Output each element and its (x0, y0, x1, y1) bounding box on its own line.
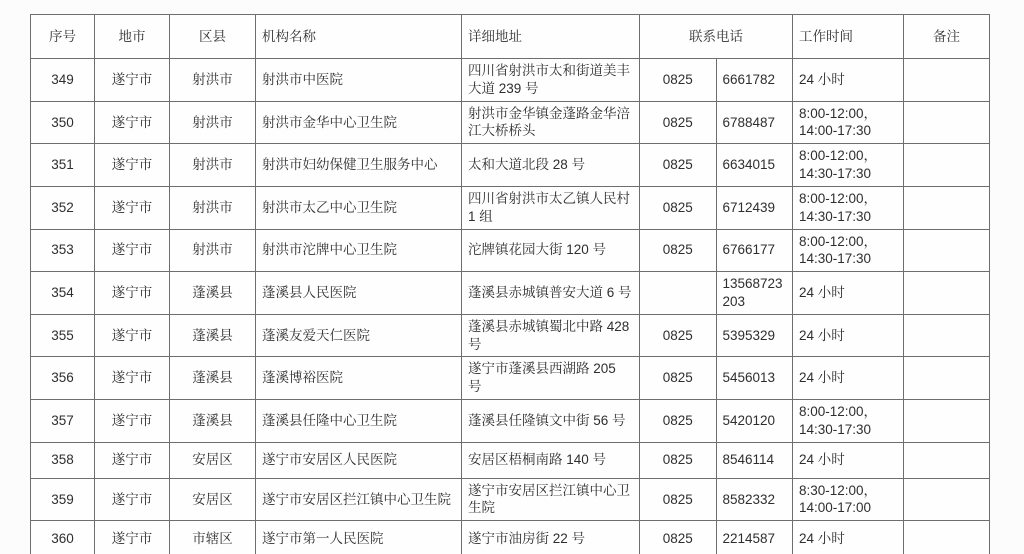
cell-note (904, 272, 990, 315)
cell-note (904, 186, 990, 229)
cell-city: 遂宁市 (95, 478, 170, 521)
cell-area-code: 0825 (640, 357, 717, 400)
cell-area-code: 0825 (640, 229, 717, 272)
cell-note (904, 314, 990, 357)
cell-serial: 359 (31, 478, 95, 521)
table-row: 357遂宁市蓬溪县蓬溪县任隆中心卫生院蓬溪县任隆镇文中街 56 号0825542… (31, 400, 990, 443)
header-org: 机构名称 (256, 15, 462, 59)
table-row: 356遂宁市蓬溪县蓬溪博裕医院遂宁市蓬溪县西湖路 205 号0825545601… (31, 357, 990, 400)
cell-note (904, 521, 990, 554)
cell-phone: 13568723203 (716, 272, 793, 315)
cell-area-code: 0825 (640, 314, 717, 357)
cell-hours: 8:00-12:00，14:30-17:30 (793, 186, 904, 229)
cell-city: 遂宁市 (95, 357, 170, 400)
header-note: 备注 (904, 15, 990, 59)
cell-district: 射洪市 (170, 186, 256, 229)
cell-district: 蓬溪县 (170, 357, 256, 400)
cell-org: 射洪市金华中心卫生院 (256, 101, 462, 144)
cell-phone: 6766177 (716, 229, 793, 272)
table-row: 359遂宁市安居区遂宁市安居区拦江镇中心卫生院遂宁市安居区拦江镇中心卫生院082… (31, 478, 990, 521)
cell-city: 遂宁市 (95, 101, 170, 144)
cell-phone: 6788487 (716, 101, 793, 144)
cell-address: 蓬溪县赤城镇蜀北中路 428 号 (462, 314, 640, 357)
cell-phone: 8582332 (716, 478, 793, 521)
cell-note (904, 144, 990, 187)
cell-serial: 355 (31, 314, 95, 357)
header-hours: 工作时间 (793, 15, 904, 59)
cell-district: 蓬溪县 (170, 272, 256, 315)
document-page: 序号 地市 区县 机构名称 详细地址 联系电话 工作时间 备注 349遂宁市射洪… (0, 0, 1024, 554)
cell-hours: 24 小时 (793, 314, 904, 357)
cell-serial: 351 (31, 144, 95, 187)
cell-serial: 352 (31, 186, 95, 229)
cell-city: 遂宁市 (95, 59, 170, 102)
cell-serial: 353 (31, 229, 95, 272)
hospital-table: 序号 地市 区县 机构名称 详细地址 联系电话 工作时间 备注 349遂宁市射洪… (30, 14, 990, 554)
cell-hours: 8:00-12:00，14:30-17:30 (793, 400, 904, 443)
cell-phone: 6634015 (716, 144, 793, 187)
cell-district: 安居区 (170, 478, 256, 521)
cell-note (904, 101, 990, 144)
cell-area-code: 0825 (640, 59, 717, 102)
cell-city: 遂宁市 (95, 186, 170, 229)
cell-serial: 358 (31, 442, 95, 478)
cell-address: 四川省射洪市太乙镇人民村 1 组 (462, 186, 640, 229)
header-city: 地市 (95, 15, 170, 59)
cell-district: 射洪市 (170, 59, 256, 102)
cell-city: 遂宁市 (95, 144, 170, 187)
cell-org: 蓬溪县任隆中心卫生院 (256, 400, 462, 443)
cell-area-code (640, 272, 717, 315)
cell-hours: 24 小时 (793, 442, 904, 478)
cell-serial: 356 (31, 357, 95, 400)
cell-hours: 24 小时 (793, 521, 904, 554)
header-district: 区县 (170, 15, 256, 59)
cell-org: 遂宁市第一人民医院 (256, 521, 462, 554)
cell-hours: 24 小时 (793, 272, 904, 315)
cell-serial: 349 (31, 59, 95, 102)
cell-area-code: 0825 (640, 521, 717, 554)
cell-hours: 24 小时 (793, 357, 904, 400)
cell-phone: 2214587 (716, 521, 793, 554)
cell-phone: 8546114 (716, 442, 793, 478)
cell-city: 遂宁市 (95, 521, 170, 554)
cell-hours: 8:00-12:00，14:30-17:30 (793, 144, 904, 187)
cell-serial: 354 (31, 272, 95, 315)
cell-area-code: 0825 (640, 144, 717, 187)
cell-org: 遂宁市安居区拦江镇中心卫生院 (256, 478, 462, 521)
header-phone: 联系电话 (640, 15, 793, 59)
cell-note (904, 400, 990, 443)
cell-hours: 8:00-12:00，14:00-17:30 (793, 101, 904, 144)
cell-org: 遂宁市安居区人民医院 (256, 442, 462, 478)
table-row: 360遂宁市市辖区遂宁市第一人民医院遂宁市油房街 22 号08252214587… (31, 521, 990, 554)
cell-address: 四川省射洪市太和街道美丰大道 239 号 (462, 59, 640, 102)
cell-area-code: 0825 (640, 101, 717, 144)
cell-address: 蓬溪县赤城镇普安大道 6 号 (462, 272, 640, 315)
cell-phone: 5456013 (716, 357, 793, 400)
cell-hours: 24 小时 (793, 59, 904, 102)
cell-hours: 8:00-12:00，14:30-17:30 (793, 229, 904, 272)
cell-area-code: 0825 (640, 478, 717, 521)
cell-city: 遂宁市 (95, 400, 170, 443)
cell-phone: 6712439 (716, 186, 793, 229)
cell-phone: 5395329 (716, 314, 793, 357)
cell-district: 射洪市 (170, 101, 256, 144)
cell-address: 沱牌镇花园大街 120 号 (462, 229, 640, 272)
cell-area-code: 0825 (640, 186, 717, 229)
cell-district: 射洪市 (170, 229, 256, 272)
cell-area-code: 0825 (640, 400, 717, 443)
cell-note (904, 59, 990, 102)
cell-district: 市辖区 (170, 521, 256, 554)
cell-org: 射洪市太乙中心卫生院 (256, 186, 462, 229)
cell-org: 蓬溪县人民医院 (256, 272, 462, 315)
cell-phone: 6661782 (716, 59, 793, 102)
table-row: 350遂宁市射洪市射洪市金华中心卫生院射洪市金华镇金蓬路金华涪江大桥桥头0825… (31, 101, 990, 144)
table-row: 358遂宁市安居区遂宁市安居区人民医院安居区梧桐南路 140 号08258546… (31, 442, 990, 478)
cell-city: 遂宁市 (95, 442, 170, 478)
cell-address: 太和大道北段 28 号 (462, 144, 640, 187)
table-row: 355遂宁市蓬溪县蓬溪友爱天仁医院蓬溪县赤城镇蜀北中路 428 号0825539… (31, 314, 990, 357)
cell-address: 安居区梧桐南路 140 号 (462, 442, 640, 478)
cell-district: 射洪市 (170, 144, 256, 187)
cell-serial: 350 (31, 101, 95, 144)
table-body: 349遂宁市射洪市射洪市中医院四川省射洪市太和街道美丰大道 239 号08256… (31, 59, 990, 554)
table-header: 序号 地市 区县 机构名称 详细地址 联系电话 工作时间 备注 (31, 15, 990, 59)
cell-phone: 5420120 (716, 400, 793, 443)
cell-district: 蓬溪县 (170, 314, 256, 357)
header-serial: 序号 (31, 15, 95, 59)
cell-serial: 360 (31, 521, 95, 554)
cell-address: 遂宁市油房街 22 号 (462, 521, 640, 554)
cell-city: 遂宁市 (95, 229, 170, 272)
cell-note (904, 229, 990, 272)
table-row: 349遂宁市射洪市射洪市中医院四川省射洪市太和街道美丰大道 239 号08256… (31, 59, 990, 102)
cell-district: 蓬溪县 (170, 400, 256, 443)
cell-address: 射洪市金华镇金蓬路金华涪江大桥桥头 (462, 101, 640, 144)
table-row: 352遂宁市射洪市射洪市太乙中心卫生院四川省射洪市太乙镇人民村 1 组08256… (31, 186, 990, 229)
cell-note (904, 442, 990, 478)
table-row: 354遂宁市蓬溪县蓬溪县人民医院蓬溪县赤城镇普安大道 6 号1356872320… (31, 272, 990, 315)
cell-note (904, 478, 990, 521)
table-row: 351遂宁市射洪市射洪市妇幼保健卫生服务中心太和大道北段 28 号0825663… (31, 144, 990, 187)
cell-address: 遂宁市安居区拦江镇中心卫生院 (462, 478, 640, 521)
cell-area-code: 0825 (640, 442, 717, 478)
cell-org: 射洪市沱牌中心卫生院 (256, 229, 462, 272)
cell-city: 遂宁市 (95, 272, 170, 315)
cell-org: 蓬溪博裕医院 (256, 357, 462, 400)
cell-org: 射洪市中医院 (256, 59, 462, 102)
table-row: 353遂宁市射洪市射洪市沱牌中心卫生院沱牌镇花园大街 120 号08256766… (31, 229, 990, 272)
header-row: 序号 地市 区县 机构名称 详细地址 联系电话 工作时间 备注 (31, 15, 990, 59)
cell-hours: 8:30-12:00，14:00-17:00 (793, 478, 904, 521)
header-address: 详细地址 (462, 15, 640, 59)
cell-org: 蓬溪友爱天仁医院 (256, 314, 462, 357)
cell-org: 射洪市妇幼保健卫生服务中心 (256, 144, 462, 187)
cell-address: 蓬溪县任隆镇文中街 56 号 (462, 400, 640, 443)
cell-note (904, 357, 990, 400)
cell-city: 遂宁市 (95, 314, 170, 357)
cell-district: 安居区 (170, 442, 256, 478)
cell-serial: 357 (31, 400, 95, 443)
cell-address: 遂宁市蓬溪县西湖路 205 号 (462, 357, 640, 400)
